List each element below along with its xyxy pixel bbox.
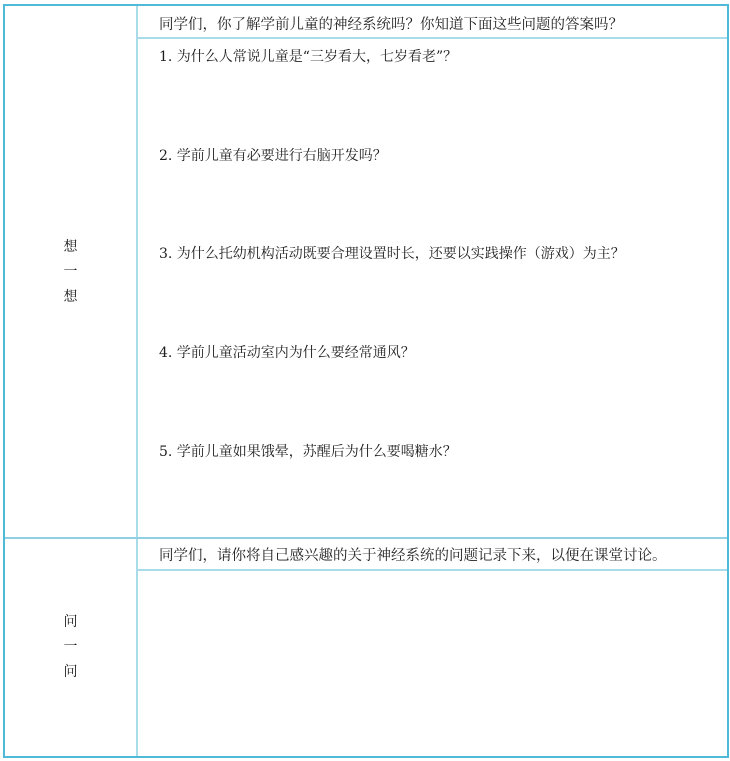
section-label-think: 想 一 想 bbox=[5, 6, 136, 538]
worksheet-table: 想 一 想 同学们，你了解学前儿童的神经系统吗？你知道下面这些问题的答案吗？ 1… bbox=[3, 4, 729, 758]
question-record-area[interactable] bbox=[138, 571, 727, 756]
label-char: 问 bbox=[64, 660, 78, 685]
think-header-divider bbox=[138, 37, 727, 39]
label-char: 问 bbox=[64, 610, 78, 635]
question-3: 3. 为什么托幼机构活动既要合理设置时长，还要以实践操作（游戏）为主？ bbox=[159, 243, 625, 263]
question-4: 4. 学前儿童活动室内为什么要经常通风？ bbox=[159, 342, 415, 362]
label-char: 想 bbox=[64, 285, 78, 310]
think-intro-text: 同学们，你了解学前儿童的神经系统吗？你知道下面这些问题的答案吗？ bbox=[159, 13, 623, 34]
label-char: 一 bbox=[64, 260, 78, 285]
section-label-ask: 问 一 问 bbox=[5, 539, 136, 756]
label-char: 一 bbox=[64, 635, 78, 660]
question-5: 5. 学前儿童如果饿晕，苏醒后为什么要喝糖水？ bbox=[159, 441, 457, 461]
label-char: 想 bbox=[64, 235, 78, 260]
question-1: 1. 为什么人常说儿童是“三岁看大，七岁看老”？ bbox=[159, 46, 457, 66]
ask-intro-text: 同学们，请你将自己感兴趣的关于神经系统的问题记录下来，以便在课堂讨论。 bbox=[159, 544, 667, 565]
question-2: 2. 学前儿童有必要进行右脑开发吗？ bbox=[159, 145, 387, 165]
